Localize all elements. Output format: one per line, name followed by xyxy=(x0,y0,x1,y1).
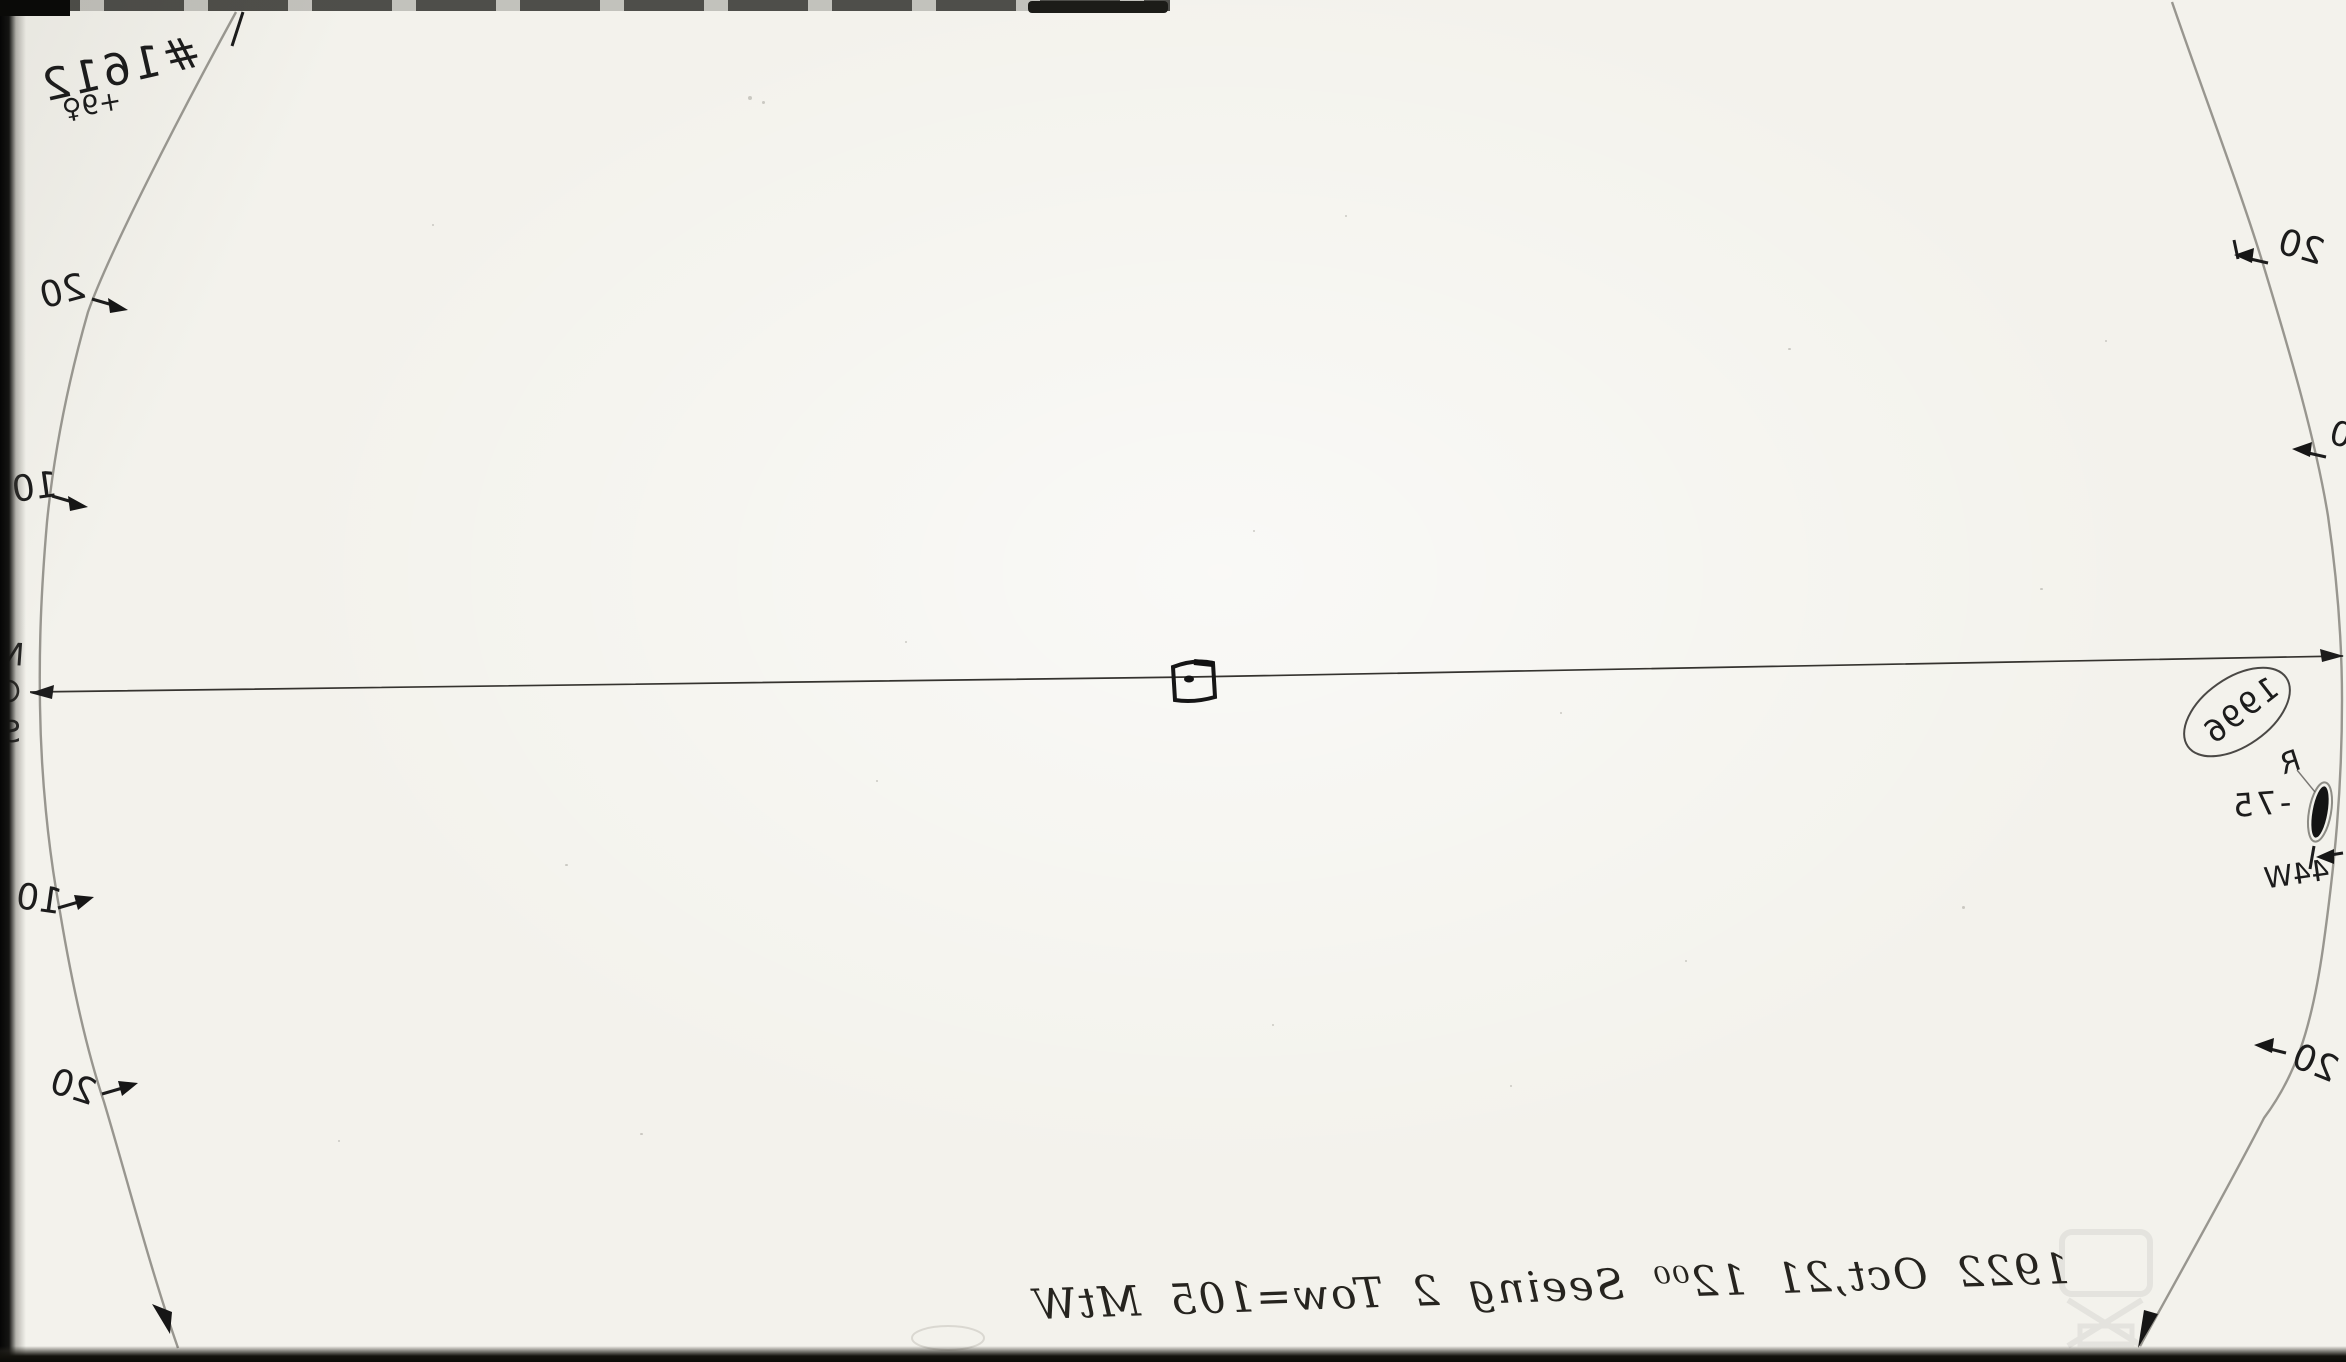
dust-speck xyxy=(432,224,434,226)
scan-edge-top xyxy=(0,0,1170,11)
dust-speck xyxy=(1345,215,1347,217)
dust-speck xyxy=(1510,1085,1512,1087)
tick-right-10-mid xyxy=(2292,442,2326,457)
scan-edge-top-blob xyxy=(1028,1,1168,13)
longitude-label: 44W xyxy=(2262,856,2331,894)
dust-speck xyxy=(2040,588,2043,590)
center-reference-square xyxy=(1173,662,1215,701)
scan-edge-left xyxy=(0,0,26,1362)
position-label: -75 xyxy=(2229,786,2292,822)
dust-speck xyxy=(1962,906,1965,909)
dust-speck xyxy=(2105,340,2107,342)
dust-speck xyxy=(748,96,752,100)
equator-left-arrow xyxy=(30,685,54,699)
dust-speck xyxy=(1685,960,1687,962)
left-limb-arc xyxy=(40,12,236,1348)
tick-left-10-bottom xyxy=(58,895,94,910)
left-limb-end-arrow xyxy=(152,1304,172,1334)
dust-speck xyxy=(762,101,765,104)
dust-speck xyxy=(876,780,878,782)
right-limb-arc xyxy=(2140,2,2342,1346)
scan-edge-bottom xyxy=(0,1346,2346,1362)
dust-speck xyxy=(1560,712,1562,714)
dust-speck xyxy=(565,864,568,866)
sunspot-mark xyxy=(2304,781,2336,844)
dust-speck xyxy=(640,1133,643,1135)
tick-left-20-bottom xyxy=(102,1081,138,1096)
scan-edge-top-left-corner xyxy=(0,0,70,16)
dust-speck xyxy=(1788,348,1791,350)
tick-left-20-top xyxy=(92,298,128,313)
dust-speck xyxy=(1253,530,1255,532)
dust-speck xyxy=(338,1140,340,1142)
tick-right-20-bottom xyxy=(2254,1038,2286,1053)
tick-right-20-top xyxy=(2234,248,2268,263)
solar-disk-drawing xyxy=(0,0,2346,1362)
scanned-solar-drawing: #1612 +9♀ 20 10 N S 10 20 20 0 20 1996 R… xyxy=(0,0,2346,1362)
dust-speck xyxy=(905,641,907,643)
right-limb-end-arrow xyxy=(2138,1310,2158,1348)
dust-speck xyxy=(1272,1024,1274,1026)
